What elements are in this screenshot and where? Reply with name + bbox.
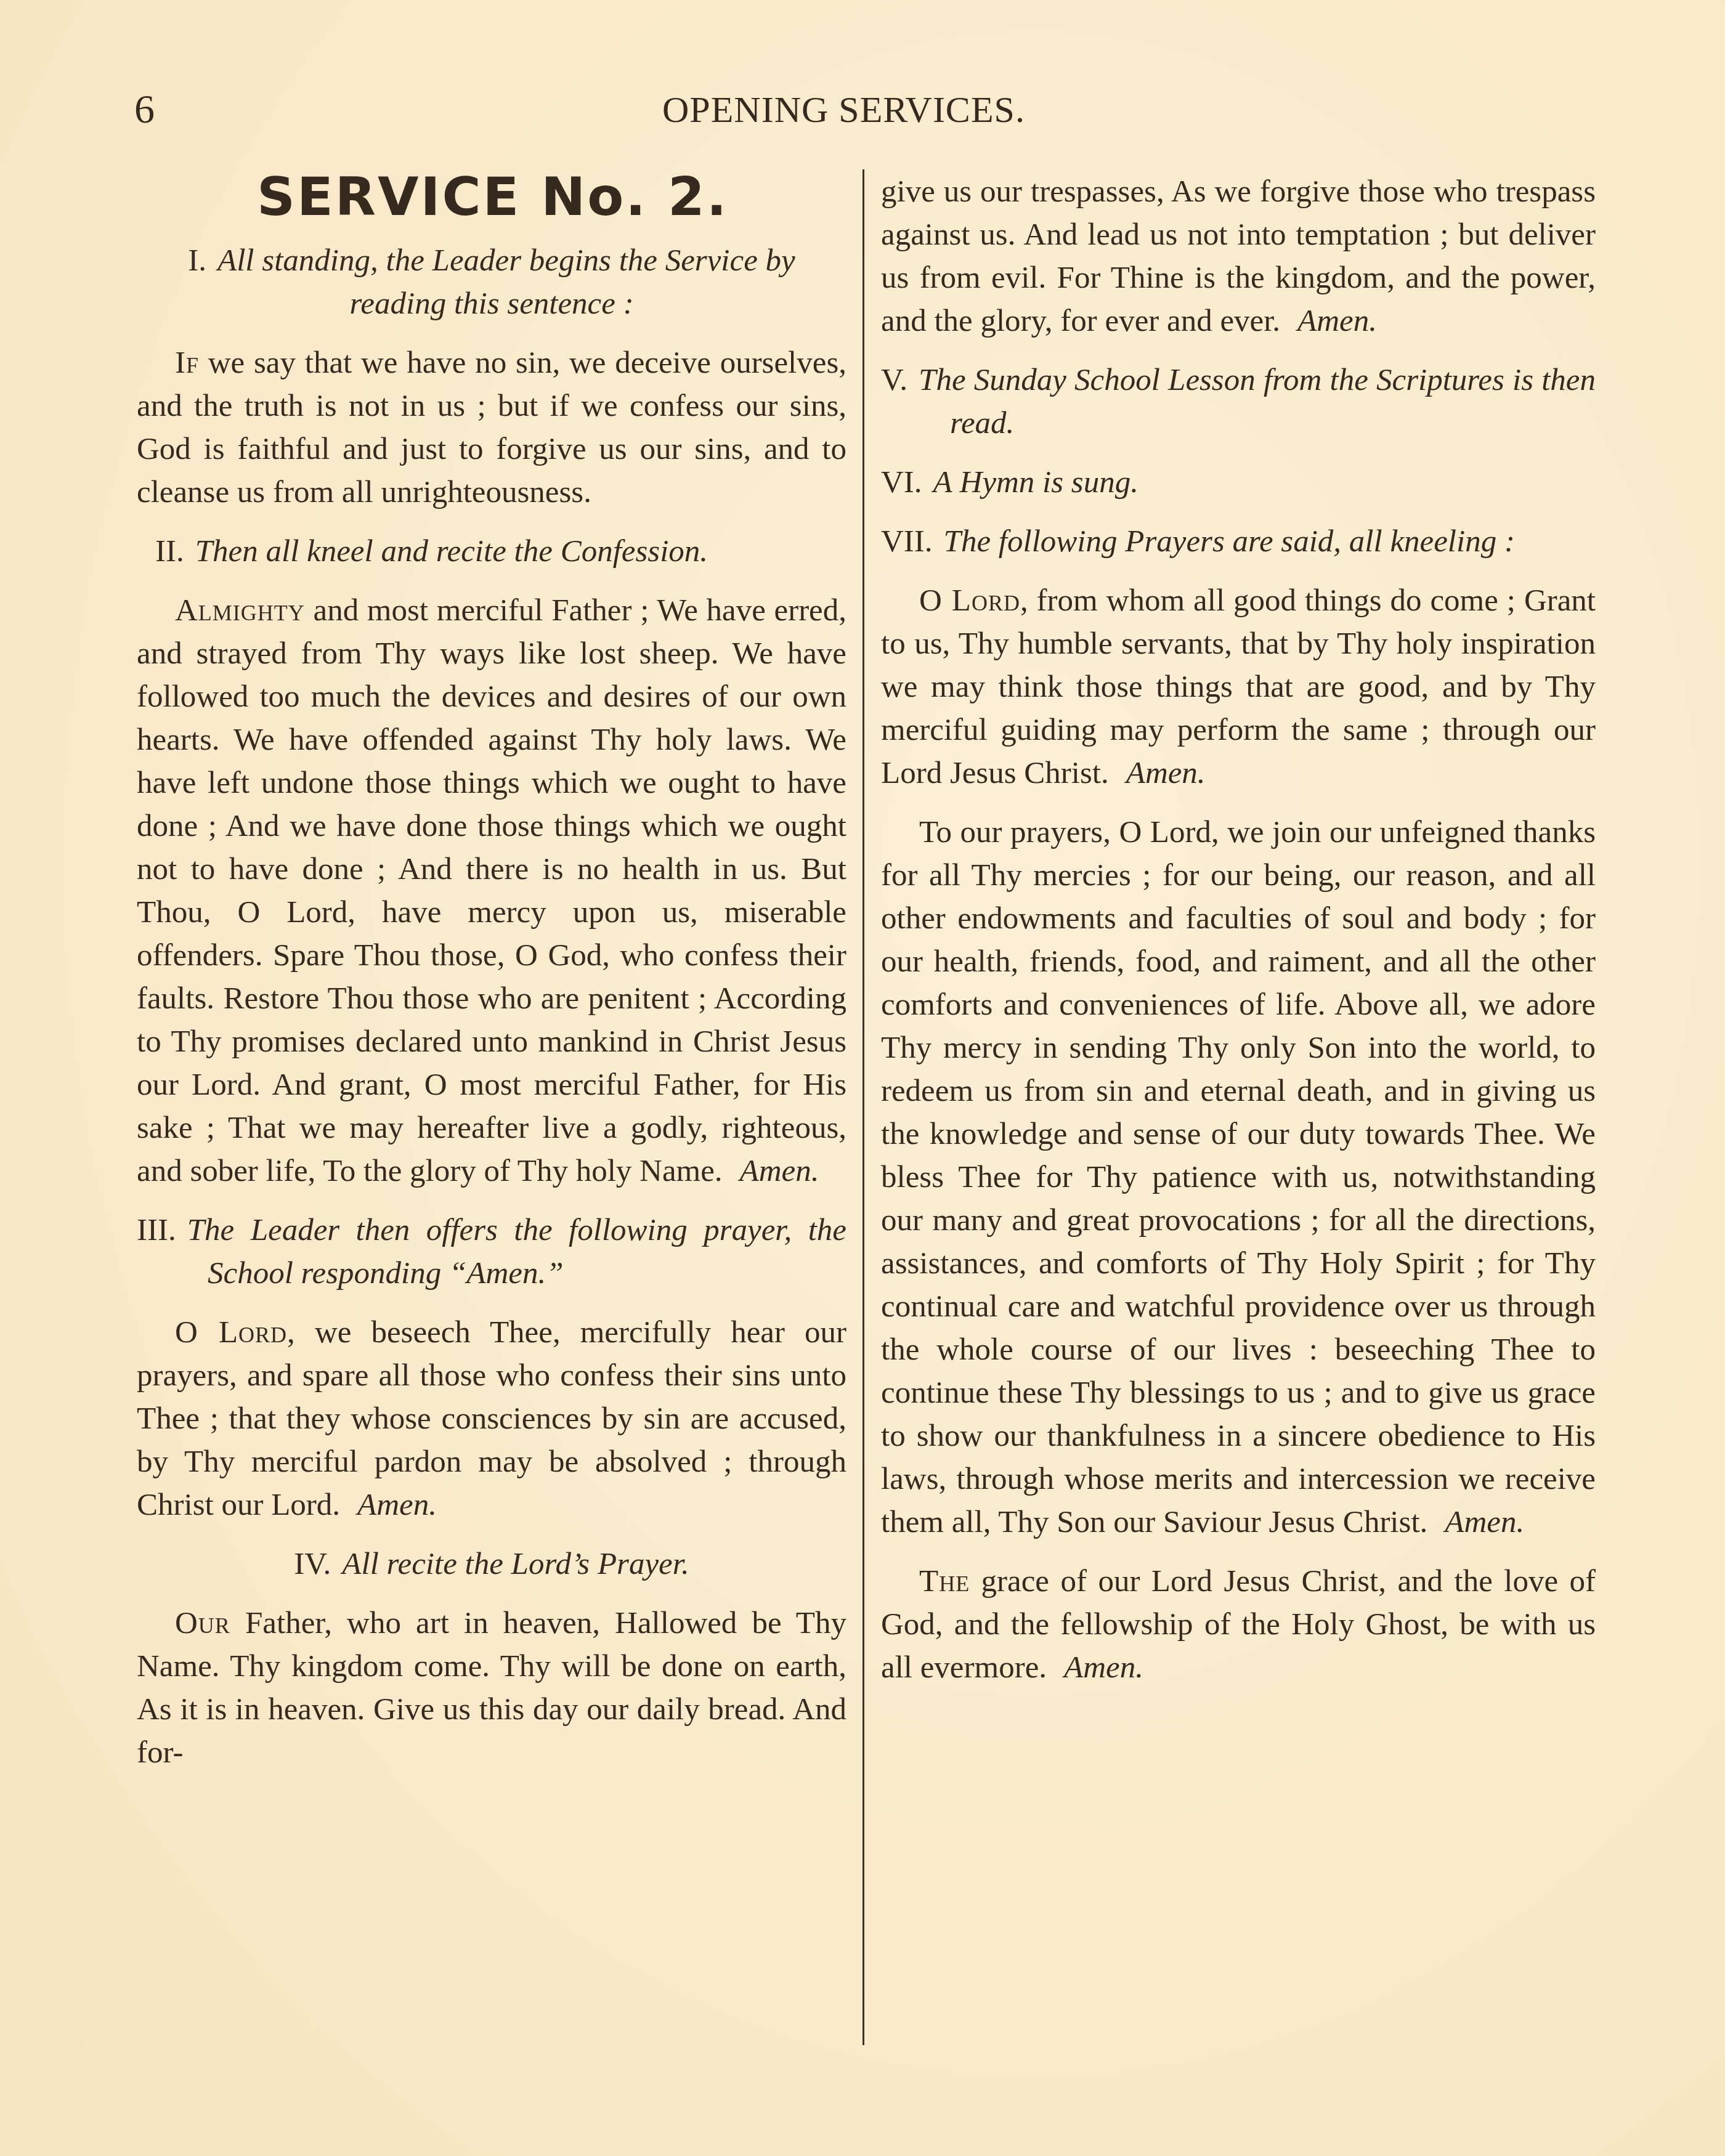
- paragraph-text: and most merciful Father ; We have erred…: [137, 593, 846, 1188]
- rubric-iv: IV.All recite the Lord’s Prayer.: [137, 1542, 846, 1586]
- rubric-numeral: I.: [188, 243, 206, 278]
- page-number: 6: [134, 85, 155, 134]
- rubric-instruction: The Leader then offers the following pra…: [187, 1213, 846, 1291]
- rubric-instruction: The Sunday School Lesson from the Script…: [919, 363, 1596, 440]
- lead-word: O Lord: [175, 1315, 287, 1350]
- rubric-numeral: IV.: [294, 1547, 331, 1581]
- leader-prayer-paragraph: O Lord, we beseech Thee, mercifully hear…: [137, 1311, 846, 1526]
- lead-word: Our: [175, 1606, 230, 1640]
- rubric-iii: III.The Leader then offers the following…: [137, 1209, 846, 1295]
- rubric-ii: II.Then all kneel and recite the Confess…: [137, 530, 846, 573]
- amen: Amen.: [740, 1154, 819, 1188]
- paragraph-text: Father, who art in heaven, Hallowed be T…: [137, 1606, 846, 1770]
- rubric-i: I.All standing, the Leader begins the Se…: [137, 239, 846, 325]
- rubric-instruction: All standing, the Leader begins the Serv…: [217, 243, 795, 321]
- rubric-v: V.The Sunday School Lesson from the Scri…: [881, 359, 1596, 445]
- paragraph-text: To our prayers, O Lord, we join our unfe…: [881, 815, 1596, 1539]
- rubric-numeral: III.: [137, 1213, 176, 1247]
- rubric-numeral: VII.: [881, 524, 933, 559]
- lords-prayer-continuation: give us our trespasses, As we forgive th…: [881, 170, 1596, 342]
- grace-paragraph: The grace of our Lord Jesus Christ, and …: [881, 1560, 1596, 1689]
- amen: Amen.: [1445, 1505, 1524, 1539]
- paragraph-text: we say that we have no sin, we deceive o…: [137, 346, 846, 509]
- paragraph-text: give us our trespasses, As we forgive th…: [881, 174, 1596, 338]
- collect-paragraph: O Lord, from whom all good things do com…: [881, 579, 1596, 795]
- amen: Amen.: [1064, 1650, 1143, 1685]
- rubric-numeral: II.: [155, 534, 184, 569]
- rubric-instruction: All recite the Lord’s Prayer.: [342, 1547, 689, 1581]
- lead-word: The: [919, 1564, 970, 1599]
- lead-word: O Lord: [919, 583, 1020, 618]
- rubric-vii: VII.The following Prayers are said, all …: [881, 520, 1596, 563]
- amen: Amen.: [1297, 304, 1377, 338]
- lead-word: Almighty: [175, 593, 305, 628]
- left-column: SERVICE No. 2. I.All standing, the Leade…: [137, 166, 846, 1790]
- amen: Amen.: [357, 1488, 437, 1522]
- rubric-numeral: VI.: [881, 465, 922, 500]
- lords-prayer-paragraph: Our Father, who art in heaven, Hallowed …: [137, 1602, 846, 1774]
- sentence-paragraph: If we say that we have no sin, we deceiv…: [137, 341, 846, 514]
- rubric-instruction: The following Prayers are said, all knee…: [944, 524, 1515, 559]
- rubric-numeral: V.: [881, 363, 907, 397]
- rubric-vi: VI.A Hymn is sung.: [881, 461, 1596, 504]
- service-title: SERVICE No. 2.: [257, 166, 846, 228]
- paragraph-text: grace of our Lord Jesus Christ, and the …: [881, 1564, 1596, 1685]
- thanksgiving-paragraph: To our prayers, O Lord, we join our unfe…: [881, 811, 1596, 1544]
- rubric-instruction: Then all kneel and recite the Confession…: [195, 534, 708, 569]
- amen: Amen.: [1126, 756, 1206, 790]
- right-column: give us our trespasses, As we forgive th…: [881, 170, 1596, 1705]
- rubric-instruction: A Hymn is sung.: [933, 465, 1138, 500]
- confession-paragraph: Almighty and most merciful Father ; We h…: [137, 589, 846, 1193]
- running-head: OPENING SERVICES.: [662, 85, 1025, 134]
- lead-word: If: [175, 346, 199, 380]
- column-divider: [862, 169, 864, 2045]
